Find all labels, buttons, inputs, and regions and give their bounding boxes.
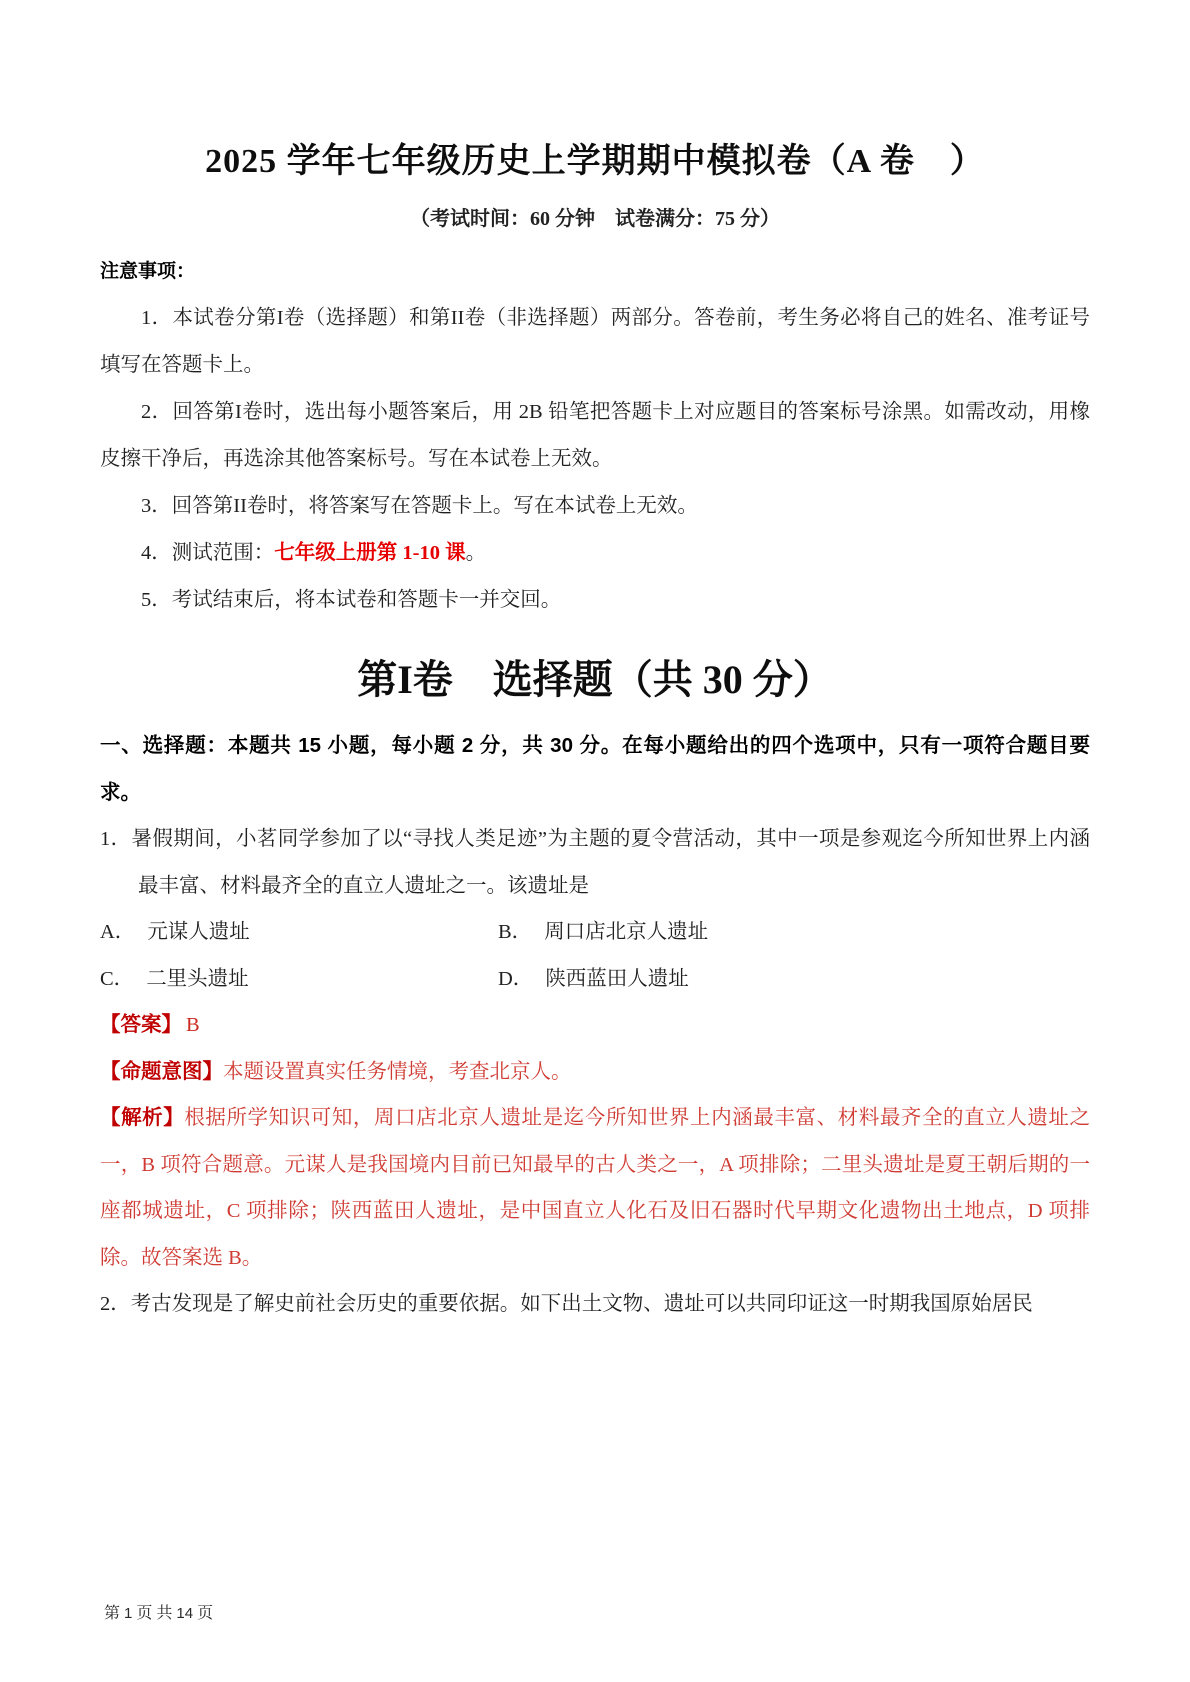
footer-suffix: 页 — [193, 1605, 213, 1622]
exam-meta: （考试时间：60 分钟 试卷满分：75 分） — [0, 204, 1190, 234]
analysis-text: 根据所学知识可知，周口店北京人遗址是迄今所知世界上内涵最丰富、材料最齐全的直立人… — [100, 1107, 1090, 1269]
exam-paper-page: 2025 学年七年级历史上学期期中模拟卷（A 卷 ） （考试时间：60 分钟 试… — [0, 0, 1190, 1682]
analysis-label: 【解析】 — [100, 1107, 184, 1129]
option-c-label: C． — [100, 968, 134, 990]
option-a: A．元谋人遗址 — [100, 909, 498, 956]
notice-item-1: 1．本试卷分第I卷（选择题）和第II卷（非选择题）两部分。答卷前，考生务必将自己… — [100, 295, 1090, 389]
option-d-text: 陕西蓝田人遗址 — [545, 968, 689, 990]
exam-scope-highlight: 七年级上册第 1-10 课 — [274, 542, 465, 564]
page-footer: 第 1 页 共 14 页 — [104, 1603, 213, 1625]
option-b-text: 周口店北京人遗址 — [544, 921, 708, 943]
option-b-label: B． — [498, 921, 532, 943]
option-d: D．陕西蓝田人遗址 — [498, 956, 689, 1003]
option-d-label: D． — [498, 968, 533, 990]
footer-middle: 页 共 — [132, 1605, 176, 1622]
answer-value: B — [186, 1014, 200, 1036]
question-1-options-row-2: C．二里头遗址 D．陕西蓝田人遗址 — [100, 956, 1090, 1003]
question-1-number: 1． — [100, 828, 132, 850]
analysis-paragraph: 【解析】根据所学知识可知，周口店北京人遗址是迄今所知世界上内涵最丰富、材料最齐全… — [100, 1095, 1090, 1281]
notice-heading: 注意事项： — [100, 248, 1090, 295]
section-1-title: 第I卷 选择题（共 30 分） — [0, 652, 1190, 708]
question-1-stem: 暑假期间，小茗同学参加了以“寻找人类足迹”为主题的夏令营活动，其中一项是参观迄今… — [132, 828, 1090, 897]
main-content: 一、选择题：本题共 15 小题，每小题 2 分，共 30 分。在每小题给出的四个… — [100, 723, 1090, 1328]
option-c: C．二里头遗址 — [100, 956, 498, 1003]
footer-prefix: 第 — [104, 1605, 124, 1622]
notice-section: 注意事项： 1．本试卷分第I卷（选择题）和第II卷（非选择题）两部分。答卷前，考… — [100, 248, 1090, 624]
question-2-stem: 考古发现是了解史前社会历史的重要依据。如下出土文物、遗址可以共同印证这一时期我国… — [131, 1293, 1033, 1315]
option-a-text: 元谋人遗址 — [147, 921, 250, 943]
option-b: B．周口店北京人遗址 — [498, 909, 708, 956]
page-title: 2025 学年七年级历史上学期期中模拟卷（A 卷 ） — [0, 138, 1190, 186]
notice-item-2: 2．回答第I卷时，选出每小题答案后，用 2B 铅笔把答题卡上对应题目的答案标号涂… — [100, 389, 1090, 483]
intent-text: 本题设置真实任务情境，考查北京人。 — [223, 1061, 572, 1083]
question-2-number: 2． — [100, 1293, 131, 1315]
answer-label: 【答案】 — [100, 1014, 182, 1036]
question-1: 1．暑假期间，小茗同学参加了以“寻找人类足迹”为主题的夏令营活动，其中一项是参观… — [100, 816, 1090, 909]
intent-label: 【命题意图】 — [100, 1061, 223, 1083]
section-1-instruction: 一、选择题：本题共 15 小题，每小题 2 分，共 30 分。在每小题给出的四个… — [100, 723, 1090, 816]
notice-item-4: 4．测试范围：七年级上册第 1-10 课。 — [100, 530, 1090, 577]
question-2: 2．考古发现是了解史前社会历史的重要依据。如下出土文物、遗址可以共同印证这一时期… — [100, 1281, 1090, 1328]
notice-item-5: 5．考试结束后，将本试卷和答题卡一并交回。 — [100, 577, 1090, 624]
option-c-text: 二里头遗址 — [146, 968, 249, 990]
answer-line: 【答案】B — [100, 1002, 1090, 1049]
question-1-options-row-1: A．元谋人遗址 B．周口店北京人遗址 — [100, 909, 1090, 956]
intent-line: 【命题意图】本题设置真实任务情境，考查北京人。 — [100, 1049, 1090, 1096]
option-a-label: A． — [100, 921, 135, 943]
notice-item-4-suffix: 。 — [466, 542, 487, 564]
notice-item-3: 3．回答第II卷时，将答案写在答题卡上。写在本试卷上无效。 — [100, 483, 1090, 530]
notice-item-4-prefix: 4．测试范围： — [141, 542, 274, 564]
total-pages: 14 — [176, 1605, 193, 1622]
